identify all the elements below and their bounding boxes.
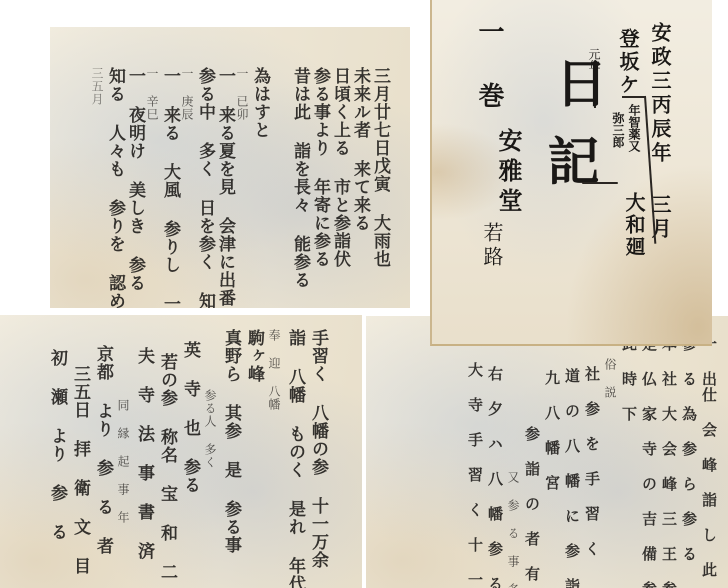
text-column: 参 る 為 参 ら 参 る (681, 336, 696, 580)
text-column: 昔は此 詣を長々 能参る (291, 67, 308, 296)
cover-bracket-line (622, 96, 646, 98)
text-column: 大 寺 手 習 く 十 一 万 余 り (467, 336, 482, 580)
sheet-text-columns: 一 出仕 会 峰 詣 し 此 年 参 る 参 る 為 参 ら 参 る 本 社 大… (366, 316, 728, 588)
text-column: 三五月 (91, 67, 103, 296)
text-column: 詣 八幡 ものく 是れ 年代記 (286, 329, 303, 580)
text-column: 駒ヶ峰 (245, 329, 262, 580)
text-column: 知る 人々も 参りを 認め せ 一寸 (106, 67, 123, 296)
text-column: 是 仏 家 寺 の 吉 備 参 詣 (641, 336, 656, 580)
cover-title-flourish (582, 182, 618, 184)
text-column: 一 来る夏を見 会津に出番又 参る (216, 67, 233, 296)
text-column: 三月廿七日戊寅 大雨也 (371, 67, 388, 296)
cover-volume: 一 巻 (476, 18, 502, 112)
manuscript-sheet-bottom-right: 一 出仕 会 峰 詣 し 此 年 参 る 参 る 為 参 ら 参 る 本 社 大… (366, 316, 728, 588)
manuscript-sheet-top-left: 三月廿七日戊寅 大雨也 未来ル者 来て来る 日頃く上る 市と参詣伏 参る事より … (50, 27, 410, 308)
text-column: 同 縁 起 事 年 (117, 329, 129, 580)
cover-bracket-note: 弥三郎 (612, 112, 624, 148)
cover-title-char-1: 日 (550, 56, 602, 108)
text-column: 未来ル者 来て来る (351, 67, 368, 296)
text-column: 一 已卯 (236, 67, 248, 296)
text-column: 一 辛巳 (146, 67, 158, 296)
sheet-text-columns: 手習く 八幡の参 十一万余 詣 八幡 ものく 是れ 年代記 奉 迎 八幡 駒ヶ峰… (0, 315, 362, 588)
text-column: 手習く 八幡の参 十一万余 (309, 329, 326, 580)
text-column: 奉 迎 八幡 (268, 329, 280, 580)
cover-title-char-2: 記 (542, 134, 594, 186)
text-column: 道 の 八 幡 に 参 詣 し (564, 336, 579, 580)
text-column: 一 出仕 会 峰 詣 し 此 年 参 る (701, 336, 716, 580)
text-column: 本 社 大 会 峰 三 王 参 詣 (661, 336, 676, 580)
text-column: 日頃く上る 市と参詣伏 (331, 67, 348, 296)
text-column: 京都 より 参 る 者 (94, 329, 111, 580)
text-column: 参る中 多く 日を参く 知る事 (196, 67, 213, 296)
text-column: 英 寺 也 参る (181, 329, 198, 580)
text-column: 此 時 下 (621, 336, 636, 580)
cover-author: 安雅堂 (496, 128, 520, 218)
text-column: 一 夜明け 美しき 参る また 会 (126, 67, 143, 296)
text-column: 参 詣 の 者 有 (524, 336, 539, 580)
text-column: 参る人 多く (204, 329, 216, 580)
text-column: 若の参 称名 宝 和 二 年 (158, 329, 175, 580)
sheet-text-columns: 三月廿七日戊寅 大雨也 未来ル者 来て来る 日頃く上る 市と参詣伏 参る事より … (50, 27, 410, 308)
text-column: 社 参 を 手 習 く (584, 336, 599, 580)
text-column: 一 来る 大風 参りし 一書も 此ま (161, 67, 178, 296)
cover-place: 大和廻 (624, 192, 644, 258)
cover-right-note: 登坂ケ (618, 28, 638, 97)
cover-bracket-note: 年智薬又 (628, 104, 640, 152)
manuscript-sheet-bottom-left: 手習く 八幡の参 十一万余 詣 八幡 ものく 是れ 年代記 奉 迎 八幡 駒ヶ峰… (0, 315, 362, 588)
text-column: 真野ら 其参 是 参る事 (222, 329, 239, 580)
text-column: 右 夕 ハ 八 幡 参 る (487, 336, 502, 580)
text-column: 夫 寺 法 事 書 済 (135, 329, 152, 580)
text-column: 一 庚辰 (181, 67, 193, 296)
cover-author-sub: 若路 (482, 222, 502, 270)
text-column: 九 八 幡 宮 (544, 336, 559, 580)
text-column: 為はすと (251, 67, 268, 296)
text-column: 又 参 る 事 多 し (507, 336, 519, 580)
text-column: 三五日 拝 衛 文 目 (71, 329, 88, 580)
text-column: 初 瀬 より 参 る (48, 329, 65, 580)
text-column: 参る事より 年寄に参る (311, 67, 328, 296)
manuscript-cover-sheet: 安政三丙辰年 三月 登坂ケ 年智薬又 弥三郎 大和廻 元年 日 記 一 巻 安雅… (430, 0, 712, 346)
text-column: 俗 説 (604, 336, 616, 580)
